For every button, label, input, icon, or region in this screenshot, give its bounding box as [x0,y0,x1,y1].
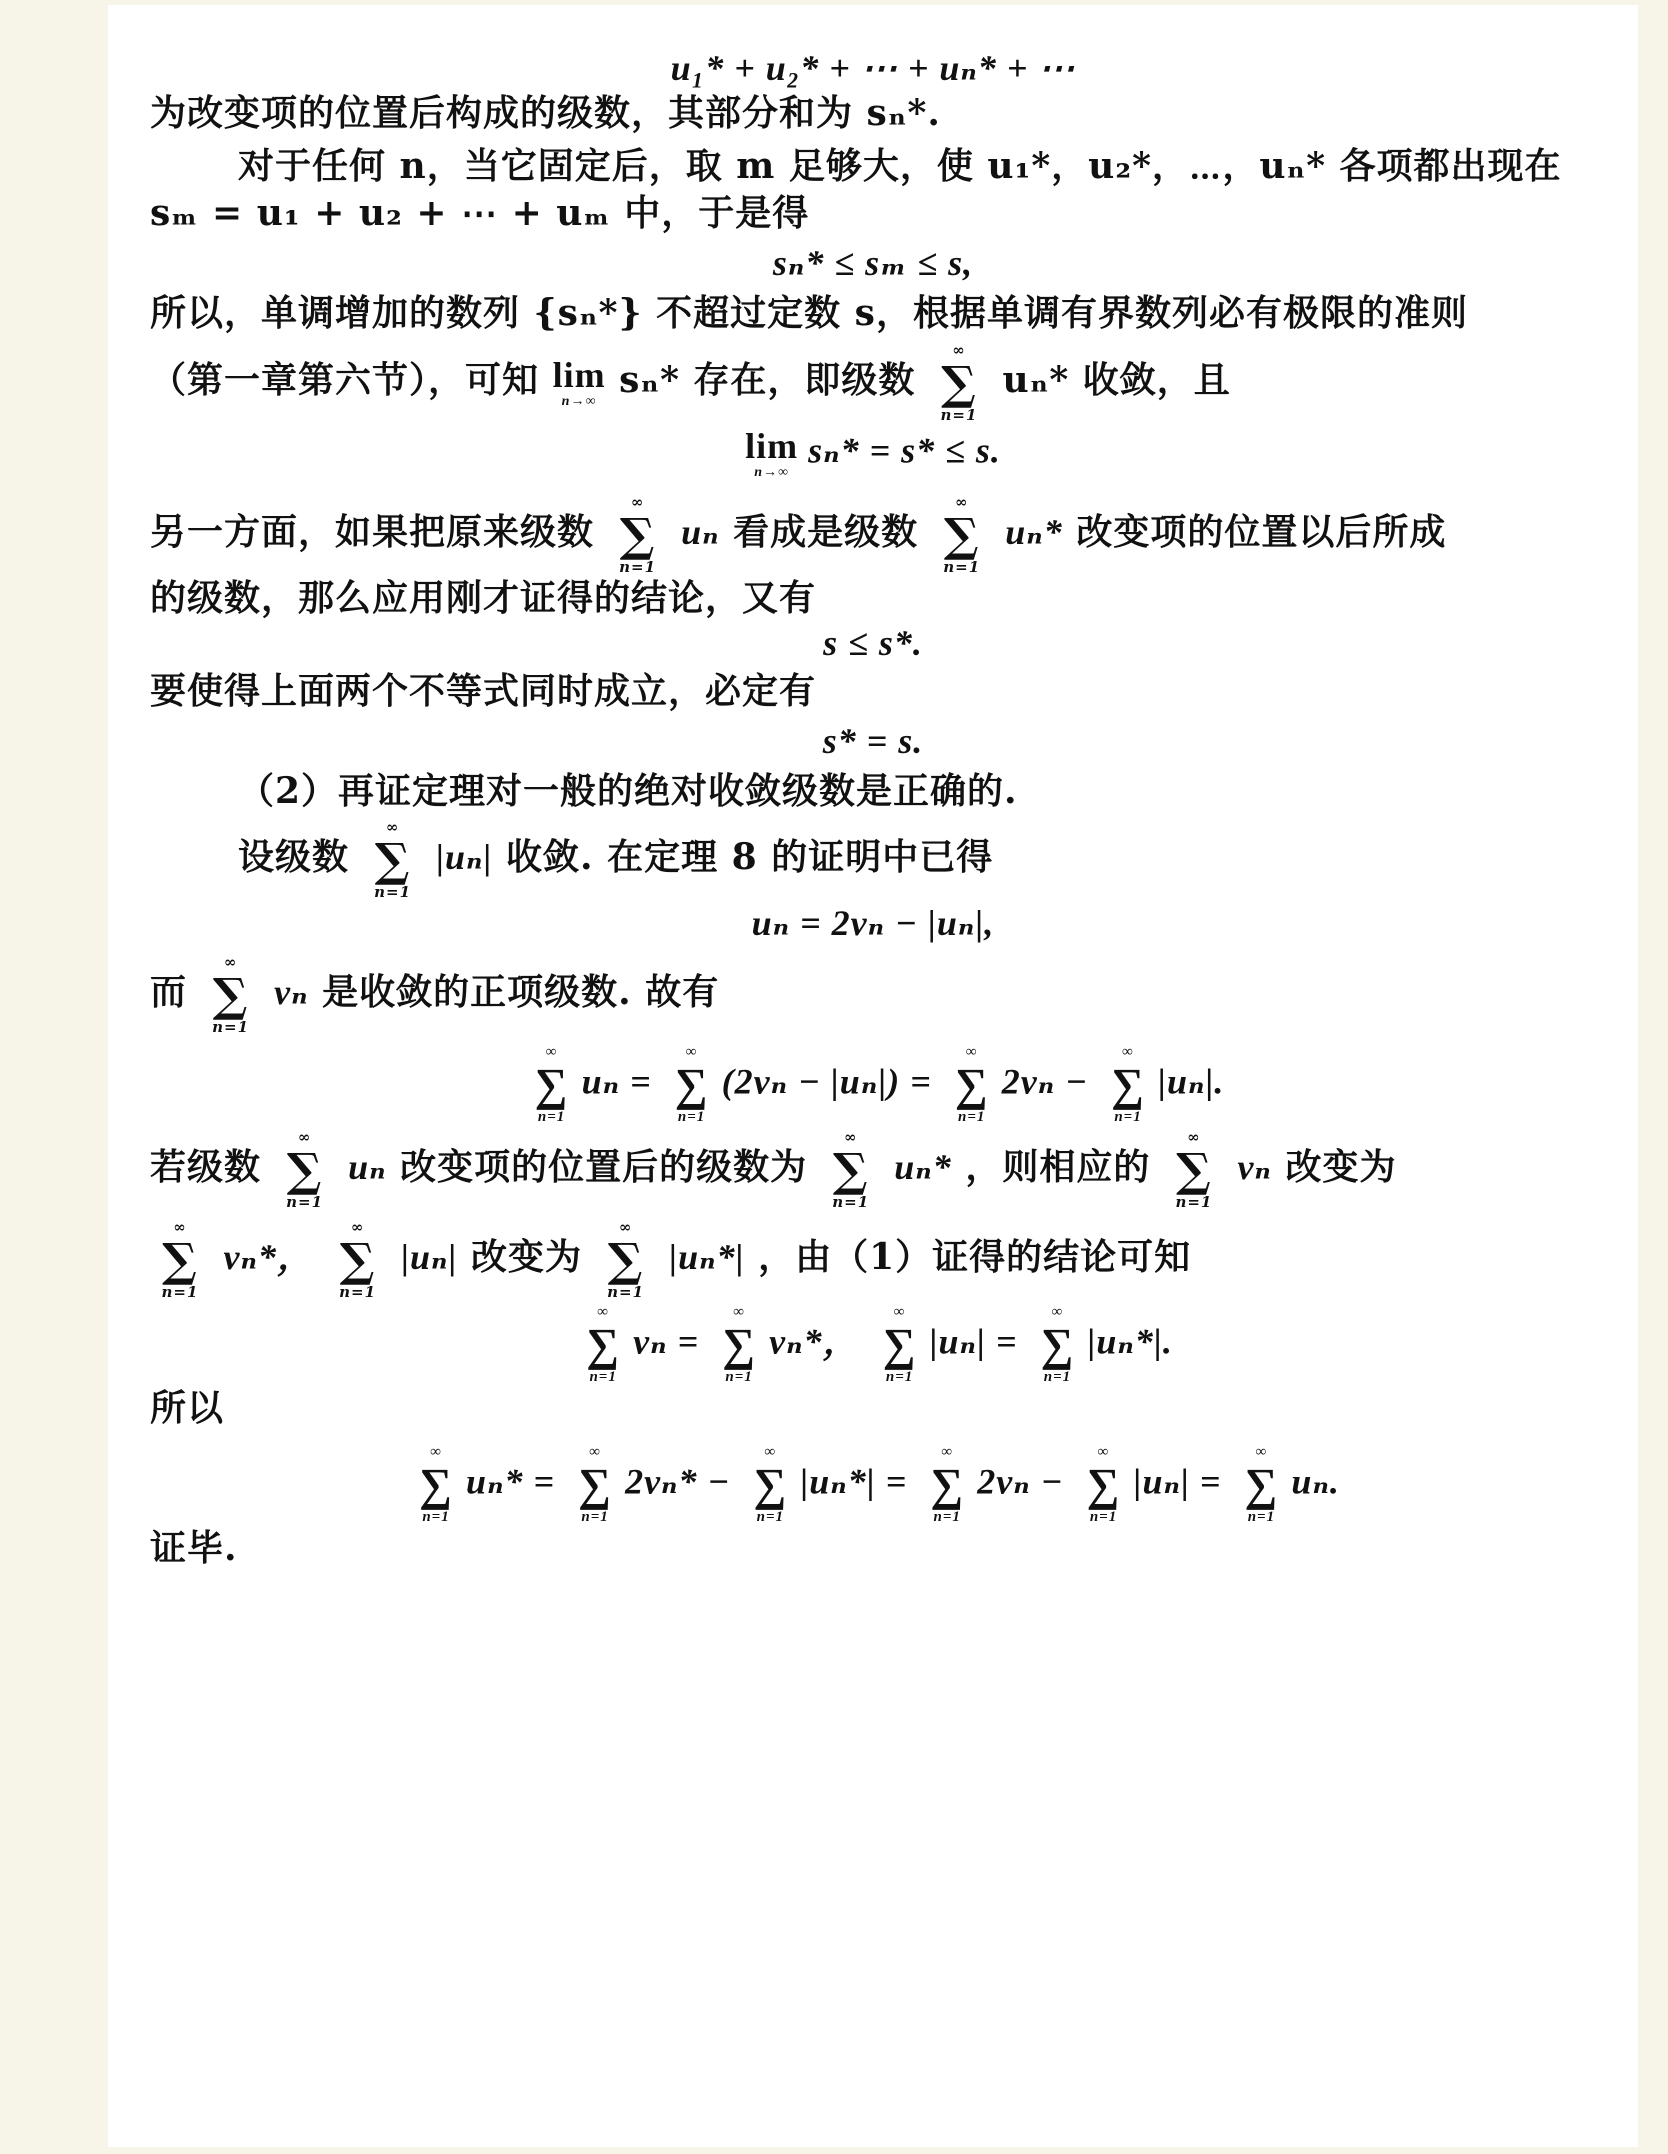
text-segment: uₙ* 收敛，且 [1003,359,1231,401]
formula-limit: limn→∞ sₙ* = s* ≤ s. [108,428,1638,480]
text-segment: 设级数 [238,836,349,878]
paragraph-line-with-sum: 若级数 ∞∑n=1 uₙ 改变项的位置后的级数为 ∞∑n=1 uₙ* ，则相应的… [150,1130,1396,1210]
math-term: uₙ* [894,1147,952,1187]
sum-lower: n=1 [1037,1370,1077,1385]
document-page: u₁* + u₂* + ⋯ + uₙ* + ⋯ 为改变项的位置后构成的级数，其部… [108,5,1638,2147]
sigma-icon: ∑ [373,837,413,883]
sum-lower: n=1 [583,1370,623,1385]
sum-upper: ∞ [575,1445,615,1460]
text-segment: 另一方面，如果把原来级数 [150,511,594,553]
sigma-icon: ∑ [952,1062,992,1108]
math-term: vₙ [1237,1147,1271,1187]
sum-upper: ∞ [1084,1445,1124,1460]
sum-lower: n=1 [831,1195,871,1210]
proof-end: 证毕. [150,1530,238,1566]
sum-lower: n=1 [285,1195,325,1210]
sigma-icon: ∑ [939,360,979,406]
section-heading: （2）再证定理对一般的绝对收敛级数是正确的. [238,773,1018,809]
math-term: |uₙ| [436,837,492,877]
summation-symbol: ∞∑n=1 [750,1445,790,1525]
math-term: |uₙ*| [669,1237,744,1277]
summation-symbol: ∞∑n=1 [160,1220,200,1300]
summation-symbol: ∞∑n=1 [575,1445,615,1525]
paragraph-line: 的级数，那么应用刚才证得的结论，又有 [150,580,816,616]
text-segment: 改变为 [471,1236,582,1278]
text-segment: 改变项的位置后的级数为 [400,1146,807,1188]
summation-symbol: ∞∑n=1 [583,1305,623,1385]
sum-upper: ∞ [672,1045,712,1060]
sigma-icon: ∑ [160,1237,200,1283]
math-term: uₙ. [1291,1461,1340,1501]
paragraph-line-with-sum: 而 ∞∑n=1 vₙ 是收敛的正项级数. 故有 [150,955,719,1035]
sigma-icon: ∑ [831,1147,871,1193]
math-term: vₙ = [633,1321,699,1361]
sum-lower: n=1 [719,1370,759,1385]
math-term: |uₙ| [401,1237,457,1277]
summation-symbol: ∞∑n=1 [338,1220,378,1300]
summation-symbol: ∞∑n=1 [211,955,251,1035]
formula-text: sₙ* = s* ≤ s. [808,430,1001,470]
sum-upper: ∞ [416,1445,456,1460]
formula-rearranged-series: u₁* + u₂* + ⋯ + uₙ* + ⋯ [108,50,1638,86]
sum-lower: n=1 [880,1370,920,1385]
math-term: vₙ [274,972,308,1012]
summation-symbol: ∞∑n=1 [1241,1445,1281,1525]
sigma-icon: ∑ [719,1322,759,1368]
sum-lower: n=1 [532,1110,572,1125]
sigma-icon: ∑ [942,512,982,558]
sigma-icon: ∑ [338,1237,378,1283]
summation-symbol: ∞∑n=1 [416,1445,456,1525]
sigma-icon: ∑ [880,1322,920,1368]
summation-symbol: ∞∑n=1 [1108,1045,1148,1125]
summation-symbol: ∞∑n=1 [719,1305,759,1385]
paragraph-line-with-sum: 另一方面，如果把原来级数 ∞∑n=1 uₙ 看成是级数 ∞∑n=1 uₙ* 改变… [150,495,1446,575]
summation-symbol: ∞∑n=1 [1037,1305,1077,1385]
text-segment: ，由（1）证得的结论可知 [758,1236,1191,1278]
text-segment: 是收敛的正项级数. 故有 [322,971,719,1013]
summation-symbol: ∞∑n=1 [831,1130,871,1210]
sum-lower: n=1 [672,1110,712,1125]
math-term: uₙ* [1005,512,1063,552]
paragraph-line-with-sum: ∞∑n=1 vₙ*， ∞∑n=1 |uₙ| 改变为 ∞∑n=1 |uₙ*| ，由… [150,1220,1191,1300]
limit-operator: limn→∞ [745,428,798,480]
paragraph-line: 所以，单调增加的数列 {sₙ*} 不超过定数 s，根据单调有界数列必有极限的准则 [150,295,1468,331]
summation-symbol: ∞∑n=1 [606,1220,646,1300]
sum-upper: ∞ [583,1305,623,1320]
formula-final-chain: ∞∑n=1uₙ* = ∞∑n=12vₙ* − ∞∑n=1|uₙ*| = ∞∑n=… [108,1445,1638,1525]
text-segment: 收敛. 在定理 8 的证明中已得 [506,836,993,878]
formula-decomposition: uₙ = 2vₙ − |uₙ|, [108,905,1638,941]
sigma-icon: ∑ [618,512,658,558]
summation-symbol: ∞∑n=1 [942,495,982,575]
sigma-icon: ∑ [1174,1147,1214,1193]
summation-symbol: ∞∑n=1 [532,1045,572,1125]
sum-upper: ∞ [880,1305,920,1320]
math-term: 2vₙ − [977,1461,1063,1501]
sum-lower: n=1 [575,1510,615,1525]
sum-upper: ∞ [532,1045,572,1060]
math-term: |uₙ*|. [1087,1321,1172,1361]
sum-upper: ∞ [1037,1305,1077,1320]
paragraph-line-with-sum: 设级数 ∞∑n=1 |uₙ| 收敛. 在定理 8 的证明中已得 [238,820,993,900]
sigma-icon: ∑ [1108,1062,1148,1108]
summation-symbol: ∞∑n=1 [939,343,979,423]
sum-upper: ∞ [952,1045,992,1060]
math-term: |uₙ*| = [800,1461,907,1501]
paragraph-line: sₘ = u₁ + u₂ + ⋯ + uₘ 中，于是得 [150,195,809,231]
sigma-icon: ∑ [750,1462,790,1508]
sigma-icon: ∑ [583,1322,623,1368]
text-segment: 而 [150,971,187,1013]
sigma-icon: ∑ [1241,1462,1281,1508]
paragraph-line: 对于任何 n，当它固定后，取 m 足够大，使 u₁*，u₂*，⋯，uₙ* 各项都… [238,148,1562,184]
sigma-icon: ∑ [672,1062,712,1108]
text-segment: 若级数 [150,1146,261,1188]
sum-upper: ∞ [1108,1045,1148,1060]
limit-operator: limn→∞ [553,357,606,409]
math-term: |uₙ| = [930,1321,1018,1361]
math-term: uₙ* = [466,1461,555,1501]
sum-lower: n=1 [942,560,982,575]
sum-lower: n=1 [1108,1110,1148,1125]
formula-equal-sums: ∞∑n=1vₙ = ∞∑n=1vₙ*， ∞∑n=1|uₙ| = ∞∑n=1|uₙ… [108,1305,1638,1385]
sum-lower: n=1 [1241,1510,1281,1525]
lim-subscript: n→∞ [745,466,798,480]
sigma-icon: ∑ [575,1462,615,1508]
sum-lower: n=1 [618,560,658,575]
sum-lower: n=1 [750,1510,790,1525]
text-segment: ，则相应的 [965,1146,1150,1188]
math-term: uₙ [348,1147,387,1187]
math-term: uₙ = [582,1061,652,1101]
summation-symbol: ∞∑n=1 [672,1045,712,1125]
sum-lower: n=1 [927,1510,967,1525]
sum-lower: n=1 [160,1285,200,1300]
text-segment: sₙ* 存在，即级数 [619,359,915,401]
sigma-icon: ∑ [1084,1462,1124,1508]
paragraph-line: 为改变项的位置后构成的级数，其部分和为 sₙ*. [150,95,941,131]
paragraph-line-with-sum: （第一章第六节），可知 limn→∞ sₙ* 存在，即级数 ∞∑n=1 uₙ* … [150,343,1231,423]
sigma-icon: ∑ [606,1237,646,1283]
math-term: |uₙ| = [1134,1461,1222,1501]
math-term: 2vₙ* − [625,1461,730,1501]
sum-lower: n=1 [373,885,413,900]
math-term: |uₙ|. [1158,1061,1224,1101]
summation-symbol: ∞∑n=1 [952,1045,992,1125]
sum-upper: ∞ [719,1305,759,1320]
sum-lower: n=1 [606,1285,646,1300]
sigma-icon: ∑ [1037,1322,1077,1368]
sum-lower: n=1 [1084,1510,1124,1525]
text-segment: （第一章第六节），可知 [150,359,539,401]
math-term: (2vₙ − |uₙ|) = [722,1061,932,1101]
summation-symbol: ∞∑n=1 [1174,1130,1214,1210]
sum-lower: n=1 [211,1020,251,1035]
text-segment: 改变为 [1285,1146,1396,1188]
text-segment: 看成是级数 [733,511,918,553]
math-term: uₙ [681,512,720,552]
math-term: 2vₙ − [1002,1061,1088,1101]
math-term: vₙ*， [769,1321,859,1361]
formula-inequality: sₙ* ≤ sₘ ≤ s, [108,245,1638,281]
formula-sum-split: ∞∑n=1uₙ = ∞∑n=1(2vₙ − |uₙ|) = ∞∑n=12vₙ −… [108,1045,1638,1125]
sigma-icon: ∑ [416,1462,456,1508]
sigma-icon: ∑ [285,1147,325,1193]
sum-lower: n=1 [416,1510,456,1525]
summation-symbol: ∞∑n=1 [373,820,413,900]
sigma-icon: ∑ [927,1462,967,1508]
math-term: vₙ*， [224,1237,314,1277]
formula-equality: s* = s. [108,723,1638,759]
sum-lower: n=1 [1174,1195,1214,1210]
formula-inequality: s ≤ s*. [108,625,1638,661]
sigma-icon: ∑ [532,1062,572,1108]
summation-symbol: ∞∑n=1 [618,495,658,575]
lim-subscript: n→∞ [553,395,606,409]
summation-symbol: ∞∑n=1 [1084,1445,1124,1525]
lim-label: lim [745,428,798,464]
sigma-icon: ∑ [211,972,251,1018]
text-segment: 改变项的位置以后所成 [1076,511,1446,553]
paragraph-line: 所以 [150,1390,224,1426]
sum-upper: ∞ [927,1445,967,1460]
paragraph-line: 要使得上面两个不等式同时成立，必定有 [150,673,816,709]
summation-symbol: ∞∑n=1 [285,1130,325,1210]
sum-lower: n=1 [338,1285,378,1300]
sum-lower: n=1 [939,408,979,423]
summation-symbol: ∞∑n=1 [880,1305,920,1385]
sum-upper: ∞ [750,1445,790,1460]
sum-lower: n=1 [952,1110,992,1125]
lim-label: lim [553,357,606,393]
sum-upper: ∞ [1241,1445,1281,1460]
summation-symbol: ∞∑n=1 [927,1445,967,1525]
